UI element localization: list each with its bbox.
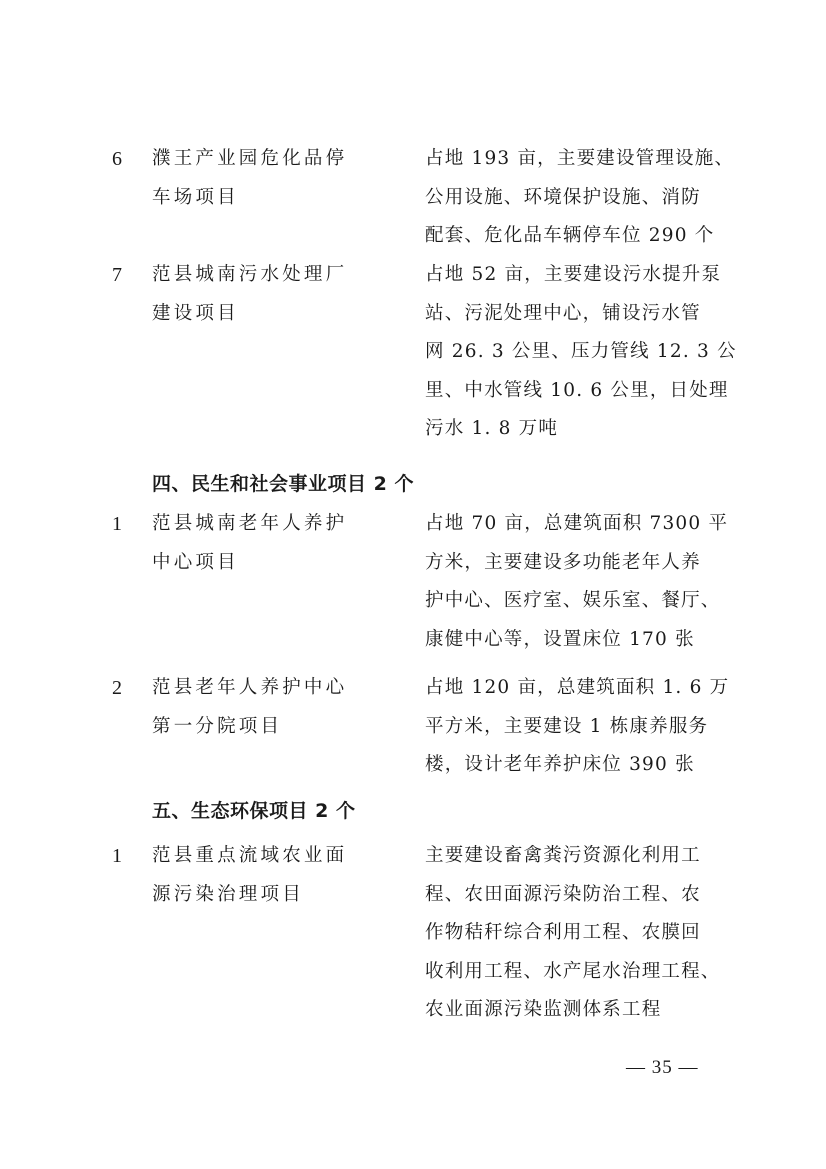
description-line: 网 26. 3 公里、压力管线 12. 3 公 [425,333,739,372]
description-line: 占地 120 亩，总建筑面积 1. 6 万 [425,669,739,708]
project-name: 范县城南老年人养护 中心项目 [152,505,367,582]
project-name: 范县老年人养护中心 第一分院项目 [152,669,367,746]
description-line: 平方米，主要建设 1 栋康养服务 [425,708,739,747]
description-line: 方米，主要建设多功能老年人养 [425,544,739,583]
description-line: 站、污泥处理中心，铺设污水管 [425,295,739,334]
description-line: 占地 193 亩，主要建设管理设施、 [425,140,739,179]
project-name: 范县重点流域农业面 源污染治理项目 [152,837,367,914]
description-line: 配套、危化品车辆停车位 290 个 [425,217,739,256]
description-line: 占地 52 亩，主要建设污水提升泵 [425,256,739,295]
description-line: 里、中水管线 10. 6 公里，日处理 [425,372,739,411]
project-name: 濮王产业园危化品停 车场项目 [152,140,367,217]
description-line: 作物秸秆综合利用工程、农膜回 [425,914,739,953]
project-number: 1 [112,837,136,876]
description-line: 农业面源污染监测体系工程 [425,991,739,1030]
project-number: 2 [112,669,136,708]
project-description: 占地 193 亩，主要建设管理设施、 公用设施、环境保护设施、消防 配套、危化品… [425,140,739,256]
description-line: 公用设施、环境保护设施、消防 [425,179,739,218]
project-number: 7 [112,256,136,295]
description-line: 占地 70 亩，总建筑面积 7300 平 [425,505,739,544]
section-heading: 四、民生和社会事业项目 2 个 [152,465,414,504]
description-line: 护中心、医疗室、娱乐室、餐厅、 [425,582,739,621]
project-description: 占地 70 亩，总建筑面积 7300 平 方米，主要建设多功能老年人养 护中心、… [425,505,739,659]
description-line: 污水 1. 8 万吨 [425,410,739,449]
description-line: 收利用工程、水产尾水治理工程、 [425,953,739,992]
project-description: 占地 52 亩，主要建设污水提升泵 站、污泥处理中心，铺设污水管 网 26. 3… [425,256,739,449]
project-number: 6 [112,140,136,179]
project-description: 占地 120 亩，总建筑面积 1. 6 万 平方米，主要建设 1 栋康养服务 楼… [425,669,739,785]
document-page: 6 濮王产业园危化品停 车场项目 占地 193 亩，主要建设管理设施、 公用设施… [0,0,826,1169]
description-line: 楼，设计老年养护床位 390 张 [425,746,739,785]
project-name: 范县城南污水处理厂 建设项目 [152,256,367,333]
project-number: 1 [112,505,136,544]
description-line: 程、农田面源污染防治工程、农 [425,876,739,915]
description-line: 康健中心等，设置床位 170 张 [425,621,739,660]
description-line: 主要建设畜禽粪污资源化利用工 [425,837,739,876]
section-heading: 五、生态环保项目 2 个 [152,792,355,831]
page-number: — 35 — [626,1056,699,1080]
project-description: 主要建设畜禽粪污资源化利用工 程、农田面源污染防治工程、农 作物秸秆综合利用工程… [425,837,739,1030]
